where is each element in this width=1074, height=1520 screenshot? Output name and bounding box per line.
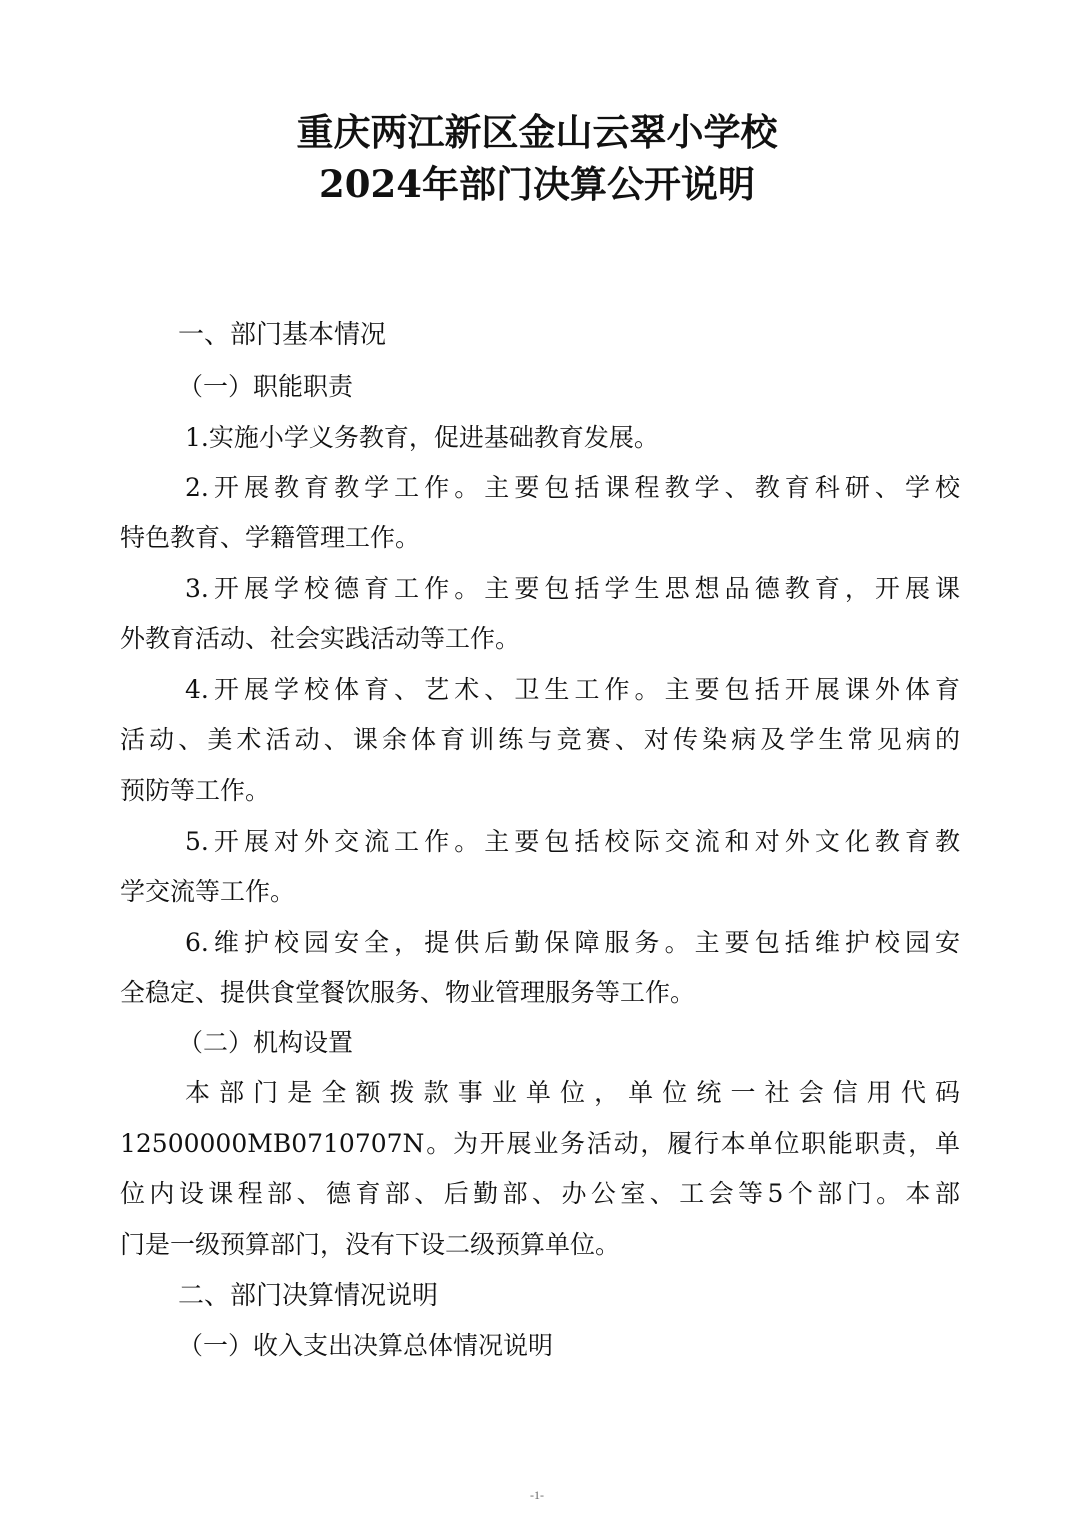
paragraph-line: 6.维护校园安全，提供后勤保障服务。主要包括维护校园安 xyxy=(185,926,960,960)
document-title-line2: 2024年部门决算公开说明 xyxy=(0,158,1074,210)
subsection-heading-income-expenditure: （一）收入支出决算总体情况说明 xyxy=(178,1329,553,1363)
subsection-heading-functions: （一）职能职责 xyxy=(178,370,353,404)
paragraph-line: 门是一级预算部门，没有下设二级预算单位。 xyxy=(120,1228,960,1262)
paragraph-line: 学交流等工作。 xyxy=(120,875,960,909)
paragraph-line: 12500000MB0710707N。为开展业务活动，履行本单位职能职责，单 xyxy=(120,1127,960,1161)
paragraph-line: 本部门是全额拨款事业单位，单位统一社会信用代码 xyxy=(185,1076,960,1110)
paragraph-line: 3.开展学校德育工作。主要包括学生思想品德教育，开展课 xyxy=(185,572,960,606)
paragraph-line: 外教育活动、社会实践活动等工作。 xyxy=(120,622,960,656)
subsection-heading-organization: （二）机构设置 xyxy=(178,1026,353,1060)
document-title-line1: 重庆两江新区金山云翠小学校 xyxy=(0,106,1074,158)
paragraph-line: 特色教育、学籍管理工作。 xyxy=(120,521,960,555)
paragraph-line: 位内设课程部、德育部、后勤部、办公室、工会等5个部门。本部 xyxy=(120,1177,960,1211)
paragraph-line: 全稳定、提供食堂餐饮服务、物业管理服务等工作。 xyxy=(120,976,960,1010)
paragraph-line: 预防等工作。 xyxy=(120,774,960,808)
paragraph-line: 4.开展学校体育、艺术、卫生工作。主要包括开展课外体育 xyxy=(185,673,960,707)
paragraph-line: 5.开展对外交流工作。主要包括校际交流和对外文化教育教 xyxy=(185,825,960,859)
paragraph-line: 1.实施小学义务教育，促进基础教育发展。 xyxy=(185,421,960,455)
section-heading-basic-info: 一、部门基本情况 xyxy=(178,318,386,352)
section-heading-final-accounts: 二、部门决算情况说明 xyxy=(178,1279,438,1313)
paragraph-line: 活动、美术活动、课余体育训练与竞赛、对传染病及学生常见病的 xyxy=(120,723,960,757)
paragraph-line: 2.开展教育教学工作。主要包括课程教学、教育科研、学校 xyxy=(185,471,960,505)
page-number: -1- xyxy=(0,1488,1074,1503)
